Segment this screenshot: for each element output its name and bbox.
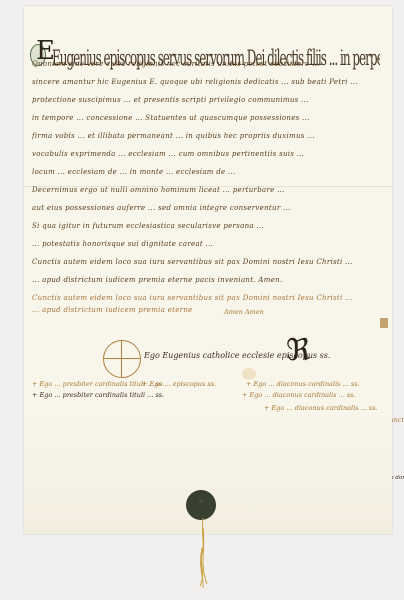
subscription: + Ego ... diaconus cardinalis ... ss.	[260, 446, 374, 454]
subscription: + Ego ... episcopus ss.	[32, 464, 106, 472]
text-line: firma vobis ... et illibata permaneant .…	[32, 132, 382, 140]
text-line: Cunctis autem eidem loco sua iura servan…	[32, 294, 382, 302]
subscription: + Ego ... presbiter cardinalis tituli ..…	[32, 420, 164, 428]
closing-amen: Amen Amen	[224, 308, 264, 316]
parchment-charter: E Eugenius episcopus servus servorum Dei…	[24, 6, 392, 534]
text-line: locum ... ecclesiam de ... in monte ... …	[32, 168, 382, 176]
text-line: vocabulis exprimenda ... ecclesiam ... c…	[32, 150, 382, 158]
subscription: + Ego ... presbiter cardinalis tituli ..…	[32, 391, 164, 399]
text-line: ... potestatis honorisque sui dignitate …	[32, 240, 382, 248]
stamp-mark	[380, 318, 388, 328]
text-line: aut eius possessiones auferre ... sed om…	[32, 204, 382, 212]
silk-cord	[196, 518, 210, 588]
rota-sign	[103, 340, 141, 378]
lead-seal: ✠	[186, 490, 216, 520]
subscription: + Ego Gregorius diaconus cardinalis Sanc…	[262, 416, 404, 424]
subscription: + Ego ... diaconus cardinalis ... ss.	[260, 464, 374, 472]
subscription: + Ego ... diaconus cardinalis ... ss.	[246, 380, 360, 388]
text-line: ... apud districtum iudicem premia etern…	[32, 276, 382, 284]
heading-line: Eugenius episcopus servus servorum Dei d…	[52, 36, 380, 79]
subscription: + Ego ... diaconus cardinalis ... ss.	[242, 391, 356, 399]
text-line: ... apud districtum iudicem premia etern…	[32, 306, 192, 314]
text-line: sincere amantur hic Eugenius E. quoque u…	[32, 78, 382, 86]
subscription: + Ego ... diaconus cardinalis ... ss.	[264, 404, 378, 412]
text-line: Si qua igitur in futurum ecclesiastica s…	[32, 222, 382, 230]
text-line: Cunctis autem eidem loco sua iura servan…	[32, 258, 382, 266]
text-line: Quoniam sine vere cultu religionis nec c…	[32, 60, 382, 68]
text-line: in tempore ... concessione ... Statuente…	[32, 114, 382, 122]
text-line: protectione suscipimus ... et presentis …	[32, 96, 382, 104]
fold-line	[24, 421, 392, 422]
stain	[242, 368, 256, 380]
subscription: + Ego ... episcopus ss.	[142, 380, 216, 388]
dating-clause: Datum ... per manum ... sancte Romane ec…	[40, 474, 404, 482]
benevalete-monogram: ℜ	[286, 336, 310, 366]
text-line: Decernimus ergo ut nulli omnino hominum …	[32, 186, 382, 194]
